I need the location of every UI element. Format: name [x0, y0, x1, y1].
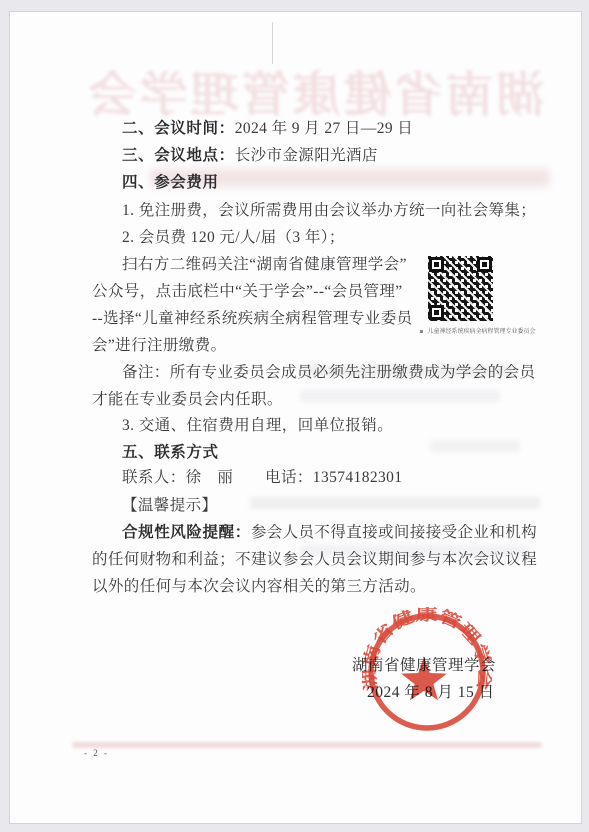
doc-line: 1. 免注册费，会议所需费用由会议举办方统一向社会筹集；	[122, 198, 536, 220]
doc-line-heading: 五、联系方式	[122, 444, 219, 461]
doc-line-heading: 合规性风险提醒：	[122, 524, 251, 541]
bleedthrough-smudge	[430, 440, 520, 452]
doc-line: 的任何财物和利益；不建议参会人员会议期间参与本次会议议程	[92, 547, 537, 569]
doc-line-heading: 三、会议地点：	[122, 147, 235, 164]
doc-line: 公众号，点击底栏中“关于学会”--“会员管理”	[92, 279, 403, 301]
qr-finder-icon	[429, 305, 444, 320]
qr-finder-icon	[477, 257, 492, 272]
official-seal: 湖南省健康管理学会	[362, 607, 492, 737]
bleedthrough-smudge	[300, 390, 500, 402]
doc-line: 二、会议时间：2024 年 9 月 27 日—29 日	[122, 116, 413, 138]
doc-line: 五、联系方式	[122, 440, 219, 462]
doc-line: 合规性风险提醒：参会人员不得直接或间接接受企业和机构	[122, 520, 537, 542]
qr-code	[428, 256, 493, 321]
doc-line: 会”进行注册缴费。	[92, 333, 226, 355]
doc-line: 扫右方二维码关注“湖南省健康管理学会”	[122, 252, 407, 274]
bleedthrough-line	[72, 742, 542, 748]
seal-star-icon	[401, 657, 447, 700]
bleedthrough-smudge	[250, 497, 540, 509]
doc-line-heading: 二、会议时间：	[122, 120, 235, 137]
doc-line: 四、参会费用	[122, 170, 219, 192]
doc-line: 备注：所有专业委员会成员必须先注册缴费成为学会的会员	[122, 360, 535, 382]
doc-line-heading: 四、参会费用	[122, 174, 219, 191]
qr-finder-icon	[429, 257, 444, 272]
doc-line: 三、会议地点：长沙市金源阳光酒店	[122, 143, 378, 165]
scanned-page: 湖南省健康管理学会 二、会议时间：2024 年 9 月 27 日—29 日 三、…	[0, 0, 589, 832]
bleedthrough-letterhead: 湖南省健康管理学会	[80, 56, 550, 125]
doc-line: 以外的任何与本次会议内容相关的第三方活动。	[92, 574, 426, 596]
doc-line: --选择“儿童神经系统疾病全病程管理专业委员	[92, 306, 413, 328]
qr-caption: 儿童神经系统疾病全病程管理专业委员会	[408, 326, 548, 335]
qr-caption-bullet	[420, 330, 423, 333]
doc-line: 3. 交通、住宿费用自理，回单位报销。	[122, 413, 393, 435]
doc-line: 【温馨提示】	[122, 493, 217, 515]
doc-line: 联系人：徐 丽 电话：13574182301	[122, 465, 402, 487]
fold-line	[272, 22, 273, 64]
doc-line: 2. 会员费 120 元/人/届（3 年）；	[122, 225, 345, 247]
page-number: - 2 -	[84, 748, 109, 758]
doc-line: 才能在专业委员会内任职。	[92, 387, 283, 409]
